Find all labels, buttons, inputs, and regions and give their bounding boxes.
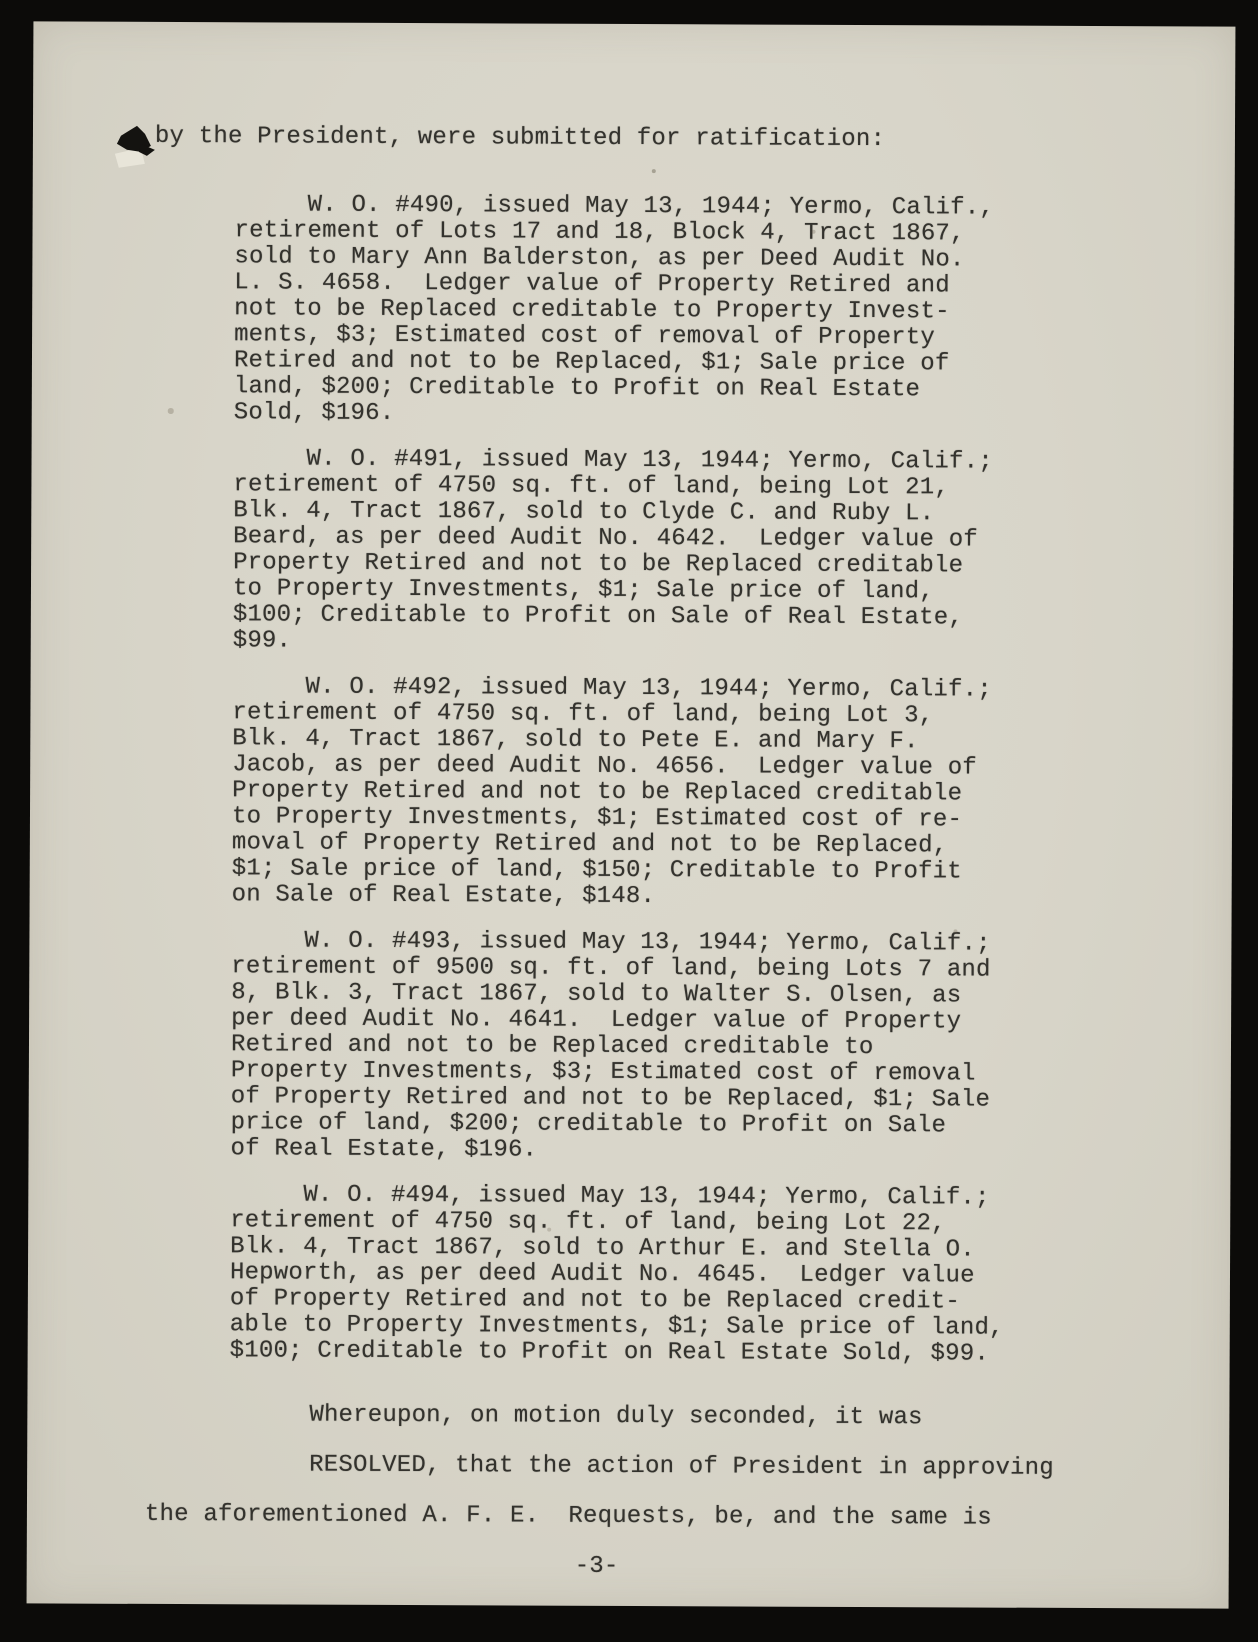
work-order-paragraph-493: W. O. #493, issued May 13, 1944; Yermo, …	[230, 928, 1031, 1165]
aforementioned-line: the aforementioned A. F. E. Requests, be…	[145, 1502, 1085, 1532]
paper-speckles	[33, 21, 35, 23]
document-page: by the President, were submitted for rat…	[27, 21, 1236, 1608]
work-order-paragraph-491: W. O. #491, issued May 13, 1944; Yermo, …	[233, 446, 1034, 657]
resolution-section: Whereupon, on motion duly seconded, it w…	[145, 1402, 1086, 1556]
torn-hole-mark	[111, 120, 157, 172]
work-order-paragraph-490: W. O. #490, issued May 13, 1944; Yermo, …	[234, 192, 1035, 429]
intro-line: by the President, were submitted for rat…	[155, 124, 885, 153]
work-orders-section: W. O. #490, issued May 13, 1944; Yermo, …	[230, 192, 1035, 1387]
whereupon-line: Whereupon, on motion duly seconded, it w…	[145, 1402, 1085, 1432]
work-order-paragraph-494: W. O. #494, issued May 13, 1944; Yermo, …	[230, 1182, 1031, 1367]
page-number: -3-	[575, 1554, 619, 1580]
scan-background: by the President, were submitted for rat…	[0, 0, 1258, 1642]
resolved-line: RESOLVED, that the action of President i…	[145, 1452, 1085, 1482]
work-order-paragraph-492: W. O. #492, issued May 13, 1944; Yermo, …	[232, 674, 1033, 911]
